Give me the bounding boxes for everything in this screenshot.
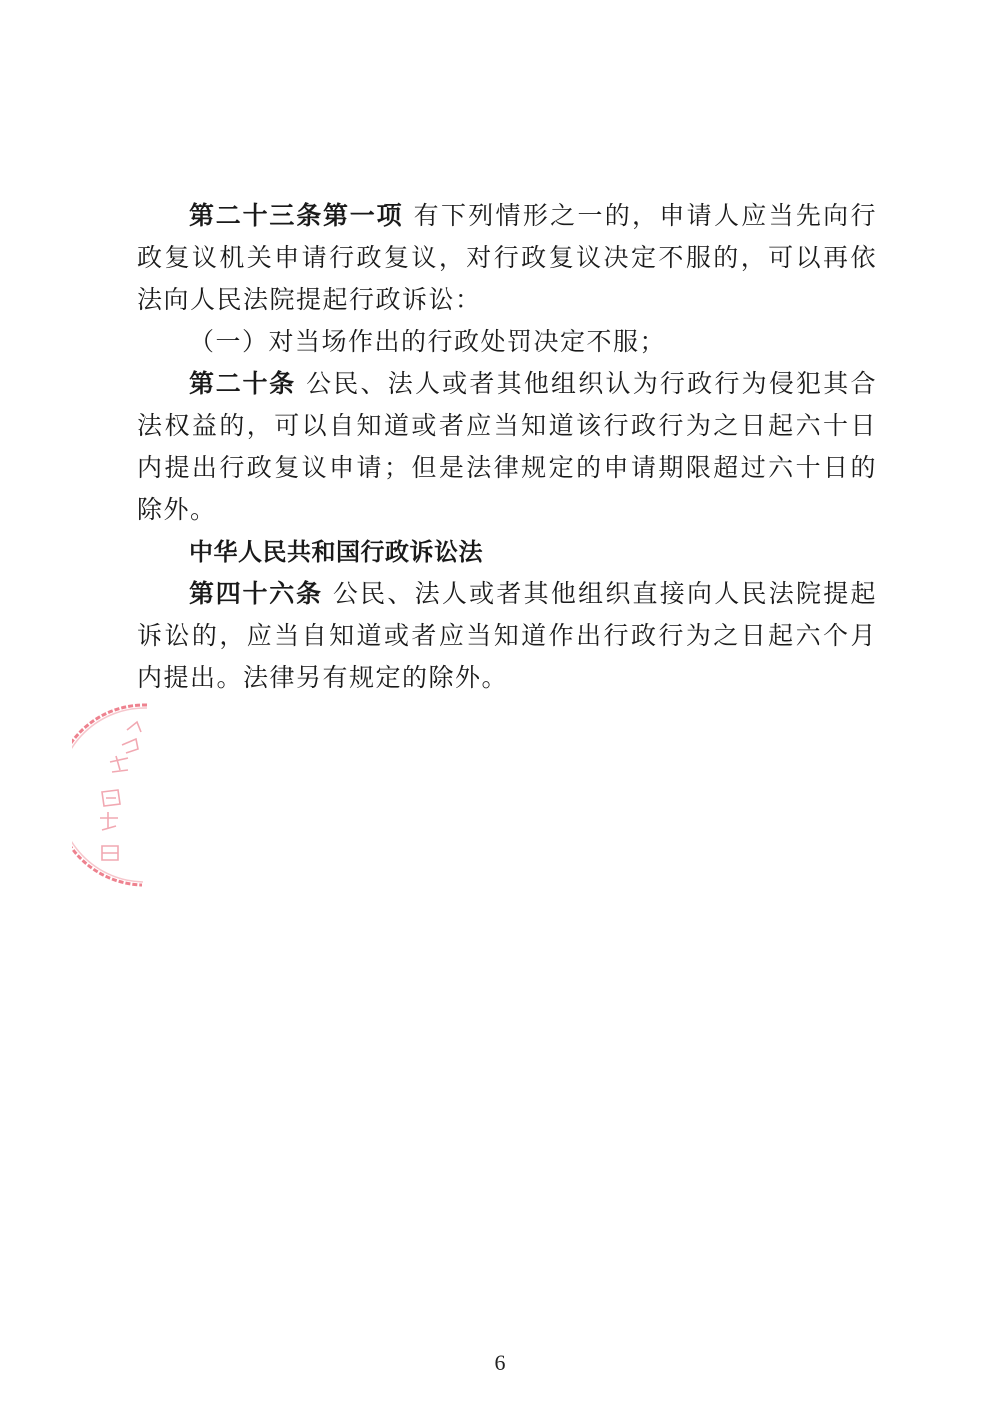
article-46-lead: 第四十六条	[189, 579, 323, 608]
document-page: 第二十三条第一项 有下列情形之一的，申请人应当先向行政复议机关申请行政复议，对行…	[0, 0, 1000, 1414]
article-23-paragraph: 第二十三条第一项 有下列情形之一的，申请人应当先向行政复议机关申请行政复议，对行…	[137, 195, 877, 321]
page-number: 6	[0, 1350, 1000, 1376]
law-title-heading: 中华人民共和国行政诉讼法	[137, 531, 877, 573]
article-20-lead: 第二十条	[189, 369, 296, 398]
official-seal-icon	[72, 700, 222, 890]
article-20-paragraph: 第二十条 公民、法人或者其他组织认为行政行为侵犯其合法权益的，可以自知道或者应当…	[137, 363, 877, 531]
article-23-item-1: （一）对当场作出的行政处罚决定不服；	[137, 321, 877, 363]
article-23-item-1-text: （一）对当场作出的行政处罚决定不服；	[189, 327, 666, 356]
article-46-paragraph: 第四十六条 公民、法人或者其他组织直接向人民法院提起诉讼的，应当自知道或者应当知…	[137, 573, 877, 699]
article-23-lead: 第二十三条第一项	[189, 201, 403, 230]
document-body: 第二十三条第一项 有下列情形之一的，申请人应当先向行政复议机关申请行政复议，对行…	[137, 195, 877, 699]
